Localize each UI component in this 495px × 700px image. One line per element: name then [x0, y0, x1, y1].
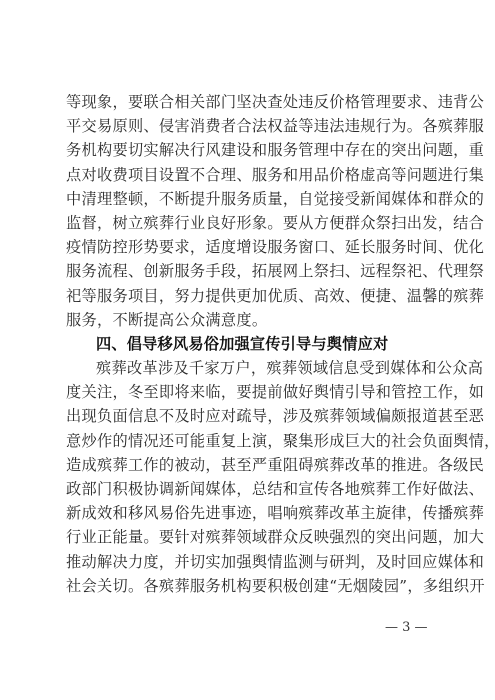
section-heading: 四、倡导移风易俗加强宣传引导与舆情应对	[66, 332, 432, 356]
text-line: 监督，树立殡葬行业良好形象。要从方便群众祭扫出发，结合	[66, 211, 432, 235]
text-line: 点对收费项目设置不合理、服务和用品价格虚高等问题进行集	[66, 163, 432, 187]
text-line: 平交易原则、侵害消费者合法权益等违法违规行为。各殡葬服	[66, 114, 432, 138]
text-line: 中清理整顿，不断提升服务质量，自觉接受新闻媒体和群众的	[66, 187, 432, 211]
text-line: 造成殡葬工作的被动，甚至严重阻碍殡葬改革的推进。各级民	[66, 453, 432, 477]
text-line: 新成效和移风易俗先进事迹，唱响殡葬改革主旋律，传播殡葬	[66, 501, 432, 525]
text-line: 行业正能量。要针对殡葬领域群众反映强烈的突出问题，加大	[66, 525, 432, 549]
text-line: 度关注，冬至即将来临，要提前做好舆情引导和管控工作，如	[66, 380, 432, 404]
page-number: — 3 —	[385, 620, 428, 635]
document-body: 等现象，要联合相关部门坚决查处违反价格管理要求、违背公 平交易原则、侵害消费者合…	[66, 90, 432, 598]
text-line: 服务流程、创新服务手段，拓展网上祭扫、远程祭祀、代理祭	[66, 259, 432, 283]
text-line: 等现象，要联合相关部门坚决查处违反价格管理要求、违背公	[66, 90, 432, 114]
text-line: 疫情防控形势要求，适度增设服务窗口、延长服务时间、优化	[66, 235, 432, 259]
text-line: 祀等服务项目，努力提供更加优质、高效、便捷、温馨的殡葬	[66, 284, 432, 308]
text-line: 推动解决力度，并切实加强舆情监测与研判，及时回应媒体和	[66, 550, 432, 574]
text-line: 出现负面信息不及时应对疏导，涉及殡葬领域偏颇报道甚至恶	[66, 404, 432, 428]
text-line: 殡葬改革涉及千家万户，殡葬领域信息受到媒体和公众高	[66, 356, 432, 380]
text-line: 意炒作的情况还可能重复上演，聚集形成巨大的社会负面舆情，	[66, 429, 432, 453]
document-page: 等现象，要联合相关部门坚决查处违反价格管理要求、违背公 平交易原则、侵害消费者合…	[0, 0, 495, 700]
text-line: 服务，不断提高公众满意度。	[66, 308, 432, 332]
text-line: 政部门积极协调新闻媒体，总结和宣传各地殡葬工作好做法、	[66, 477, 432, 501]
text-line: 社会关切。各殡葬服务机构要积极创建“无烟陵园”，多组织开	[66, 574, 432, 598]
text-line: 务机构要切实解决行风建设和服务管理中存在的突出问题，重	[66, 138, 432, 162]
